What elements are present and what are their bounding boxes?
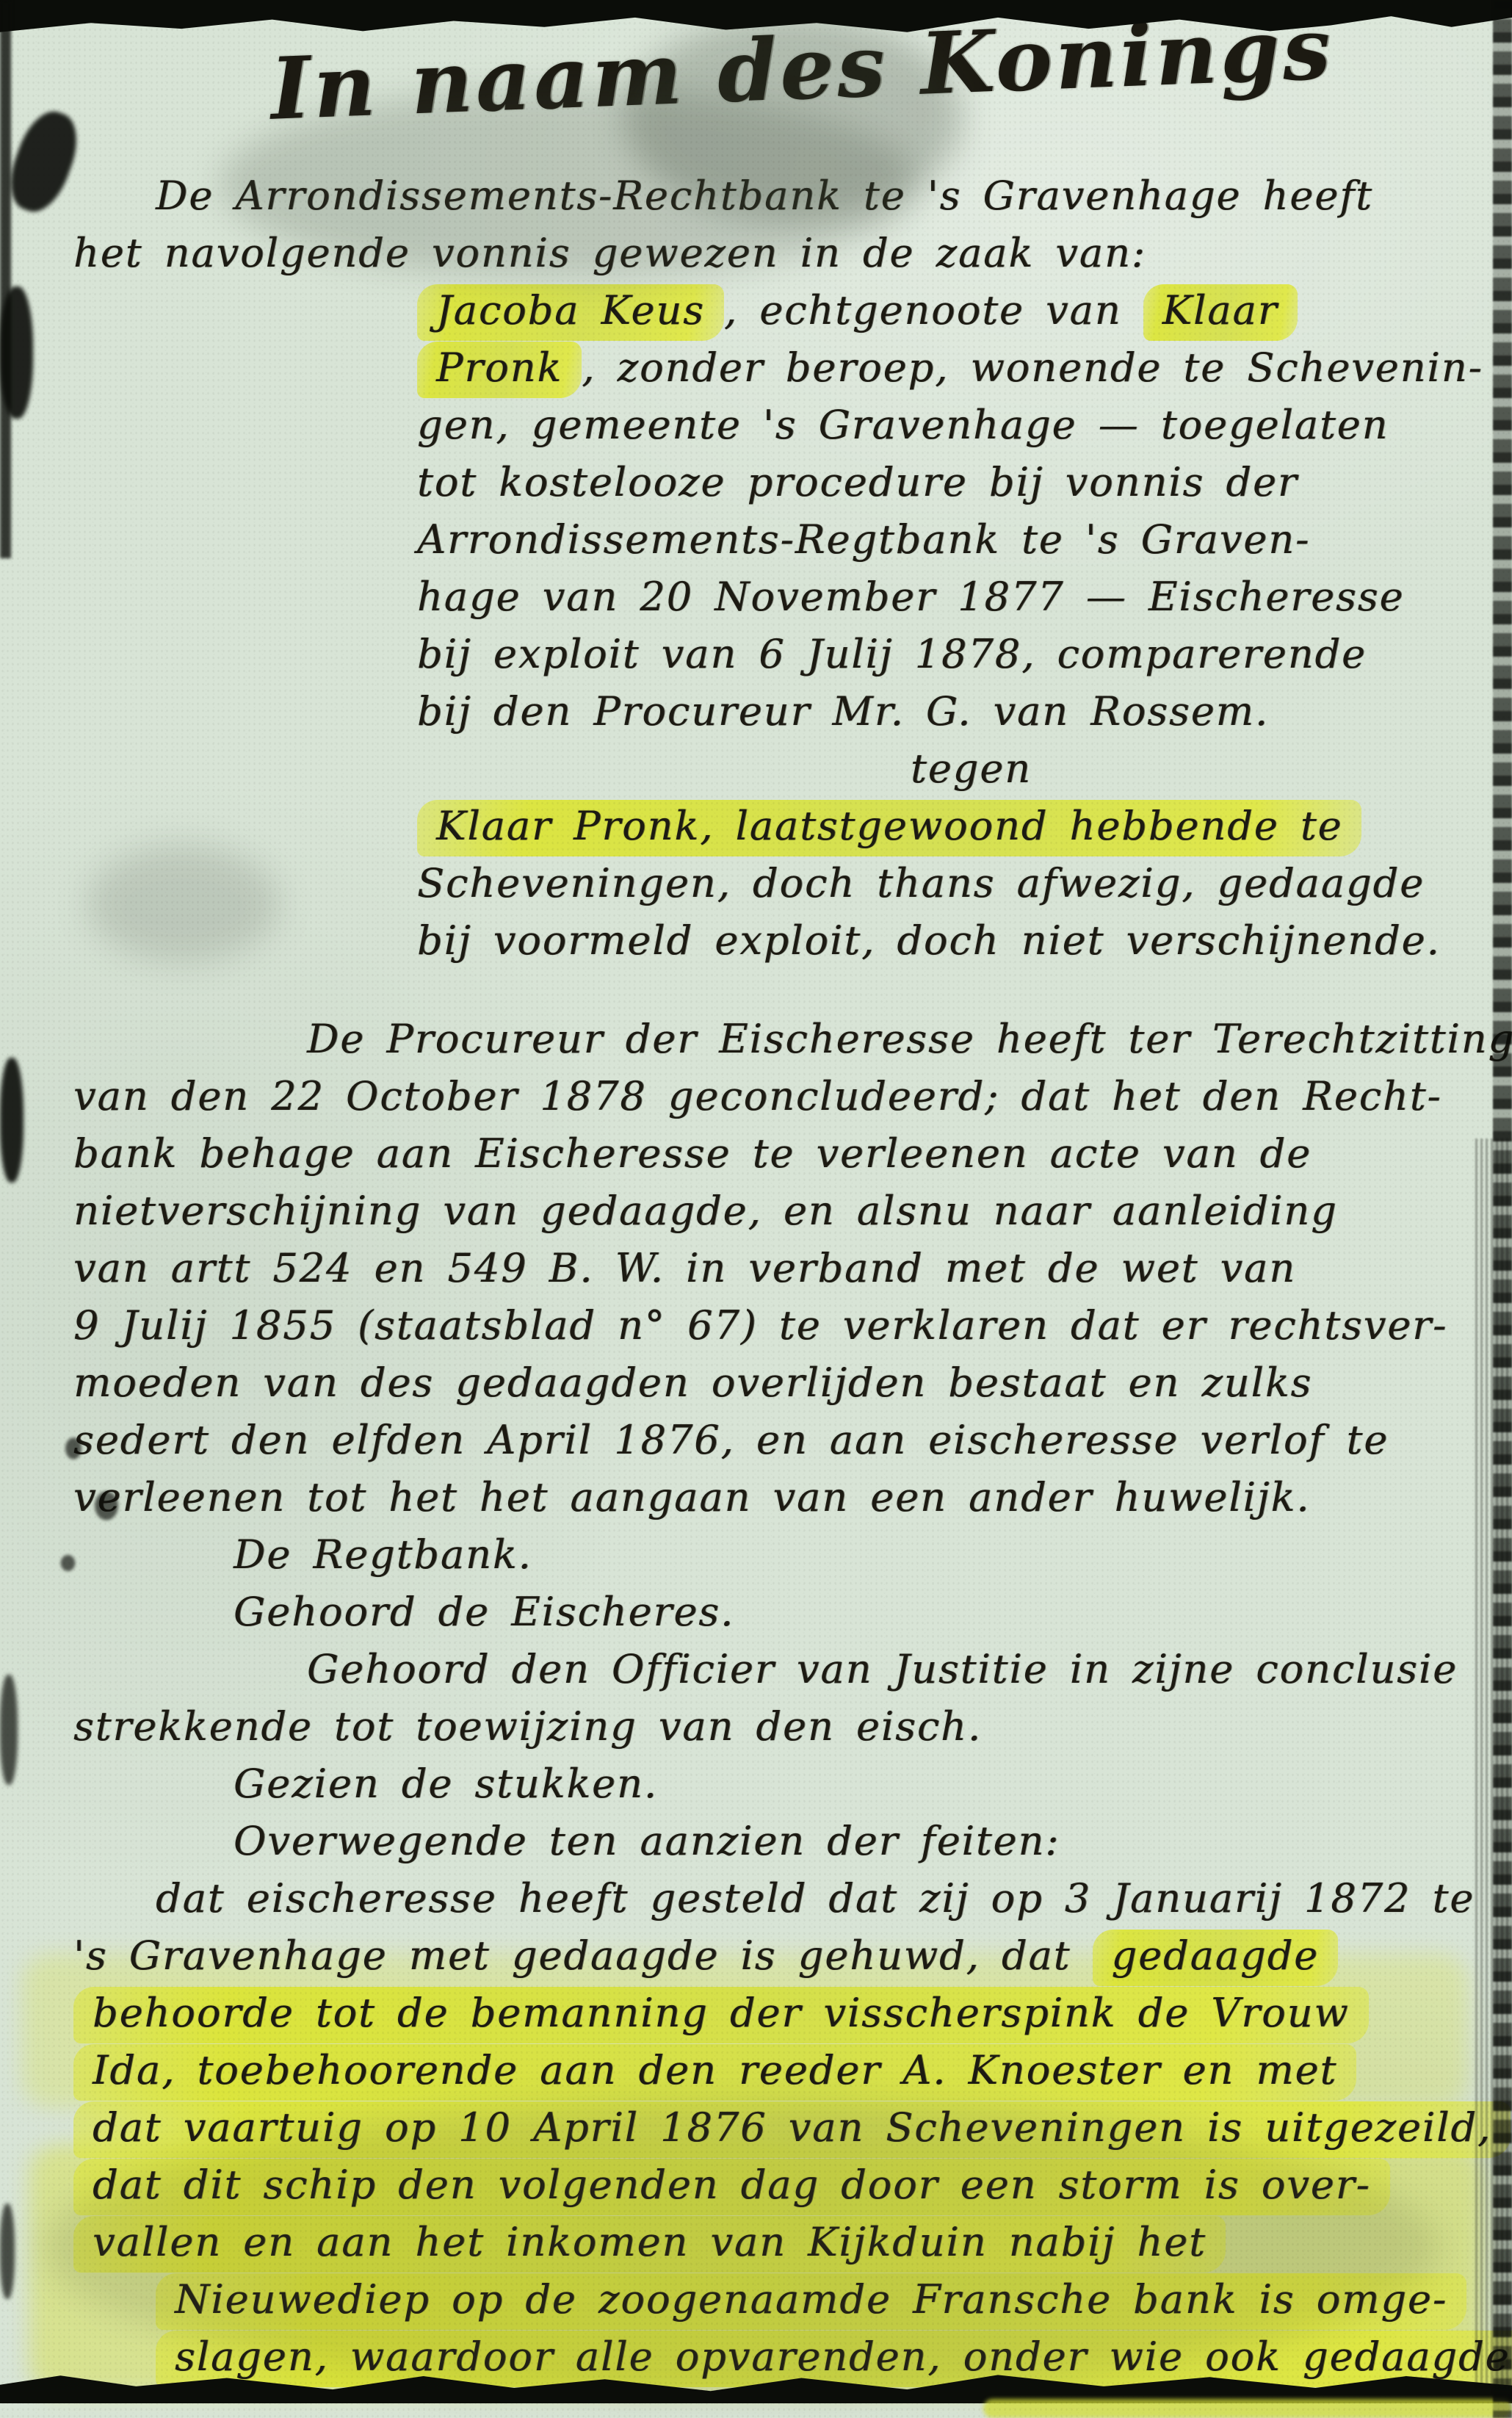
manuscript-line: vallen en aan het inkomen van Kijkduin n… xyxy=(73,2214,1469,2271)
manuscript-line: hage van 20 November 1877 — Eischeresse xyxy=(417,569,1469,626)
manuscript-line: bij exploit van 6 Julij 1878, compareren… xyxy=(417,626,1469,683)
manuscript-line: 9 Julij 1855 (staatsblad n° 67) te verkl… xyxy=(73,1297,1469,1354)
manuscript-line: behoorde tot de bemanning der visschersp… xyxy=(73,1985,1469,2042)
manuscript-line: Overwegende ten aanzien der feiten: xyxy=(234,1813,1469,1870)
text-run: bij voormeld exploit, doch niet verschij… xyxy=(417,917,1441,964)
manuscript-line: nietverschijning van gedaagde, en alsnu … xyxy=(73,1183,1469,1240)
manuscript-line: Nieuwediep op de zoogenaamde Fransche ba… xyxy=(156,2271,1469,2328)
text-run: De Regtbank. xyxy=(234,1531,532,1578)
text-run: Gehoord den Officier van Justitie in zij… xyxy=(307,1646,1458,1692)
text-run: Overwegende ten aanzien der feiten: xyxy=(234,1818,1060,1864)
text-run: tegen xyxy=(911,746,1032,792)
highlighted-text: slagen, waardoor alle opvarenden, onder … xyxy=(156,2331,1512,2387)
manuscript-line: strekkende tot toewijzing van den eisch. xyxy=(73,1698,1469,1755)
highlighted-text: Jacoba Keus xyxy=(417,284,724,341)
manuscript-line: 's Gravenhage met gedaagde is gehuwd, da… xyxy=(73,1927,1469,1985)
manuscript-line: moeden van des gedaagden overlijden best… xyxy=(73,1354,1469,1412)
manuscript-line: Arrondissements-Regtbank te 's Graven- xyxy=(417,511,1469,569)
text-run: Scheveningen, doch thans afwezig, gedaag… xyxy=(417,860,1425,906)
highlighted-text: dat dit schip den volgenden dag door een… xyxy=(73,2159,1390,2215)
scan-ink-blot xyxy=(0,286,33,419)
scan-ink-blot xyxy=(0,0,11,558)
text-run: moeden van des gedaagden overlijden best… xyxy=(73,1360,1312,1406)
manuscript-line: Gehoord den Officier van Justitie in zij… xyxy=(307,1641,1469,1698)
text-run: tot kostelooze procedure bij vonnis der xyxy=(417,459,1298,505)
manuscript-line: dat eischeresse heeft gesteld dat zij op… xyxy=(156,1870,1469,1927)
highlighted-text: Ida, toebehoorende aan den reeder A. Kno… xyxy=(73,2044,1356,2101)
text-run: bij den Procureur Mr. G. van Rossem. xyxy=(417,688,1269,735)
manuscript-line: Pronk, zonder beroep, wonende te Scheven… xyxy=(417,339,1469,397)
text-run: nietverschijning van gedaagde, en alsnu … xyxy=(73,1188,1338,1234)
highlighted-text: behoorde tot de bemanning der visschersp… xyxy=(73,1987,1369,2043)
manuscript-line: tegen xyxy=(911,740,1469,798)
manuscript-line: van den 22 October 1878 geconcludeerd; d… xyxy=(73,1068,1469,1125)
text-run: Gehoord de Eischeres. xyxy=(234,1589,734,1635)
manuscript-line: Scheveningen, doch thans afwezig, gedaag… xyxy=(417,855,1469,912)
scan-ink-blot xyxy=(40,1410,151,1601)
manuscript-line: sedert den elfden April 1876, en aan eis… xyxy=(73,1412,1469,1469)
manuscript-line: Gezien de stukken. xyxy=(234,1755,1469,1813)
manuscript-line: De Regtbank. xyxy=(234,1526,1469,1584)
text-run: , zonder beroep, wonende te Schevenin- xyxy=(582,344,1483,391)
scanned-document-page: { "colors": { "paper": "#d8e4d6", "ink":… xyxy=(0,0,1512,2418)
manuscript-line: slagen, waardoor alle opvarenden, onder … xyxy=(156,2328,1469,2386)
text-run: De Arrondissements-Rechtbank te 's Grave… xyxy=(156,173,1373,219)
text-run: het navolgende vonnis gewezen in de zaak… xyxy=(73,230,1146,276)
text-run: , echtgenoote van xyxy=(724,287,1143,333)
manuscript-line: verleenen tot het het aangaan van een an… xyxy=(73,1469,1469,1526)
manuscript-line: Jacoba Keus, echtgenoote van Klaar xyxy=(417,282,1469,339)
scan-ink-blot xyxy=(0,1058,23,1183)
text-run: dat eischeresse heeft gesteld dat zij op… xyxy=(156,1875,1475,1921)
manuscript-line: Ida, toebehoorende aan den reeder A. Kno… xyxy=(73,2042,1469,2099)
manuscript-lines: De Arrondissements-Rechtbank te 's Grave… xyxy=(73,167,1469,2386)
highlighted-text: vallen en aan het inkomen van Kijkduin n… xyxy=(73,2216,1226,2273)
highlighted-text: dat vaartuig op 10 April 1876 van Scheve… xyxy=(73,2101,1511,2158)
manuscript-line: De Arrondissements-Rechtbank te 's Grave… xyxy=(156,167,1469,225)
text-run: hage van 20 November 1877 — Eischeresse xyxy=(417,574,1404,620)
manuscript-line: van artt 524 en 549 B. W. in verband met… xyxy=(73,1240,1469,1297)
text-run: bank behage aan Eischeresse te verleenen… xyxy=(73,1130,1312,1177)
manuscript-line: bank behage aan Eischeresse te verleenen… xyxy=(73,1125,1469,1183)
text-run: De Procureur der Eischeresse heeft ter T… xyxy=(307,1016,1512,1062)
manuscript-line: bij den Procureur Mr. G. van Rossem. xyxy=(417,683,1469,740)
text-run: van den 22 October 1878 geconcludeerd; d… xyxy=(73,1073,1442,1119)
manuscript-line: De Procureur der Eischeresse heeft ter T… xyxy=(307,1011,1469,1068)
scan-right-streaks xyxy=(1475,1138,1512,2387)
manuscript-line: dat dit schip den volgenden dag door een… xyxy=(73,2157,1469,2214)
scan-ink-blot xyxy=(0,1675,18,1785)
manuscript-line: het navolgende vonnis gewezen in de zaak… xyxy=(73,225,1469,282)
highlighted-text: Pronk xyxy=(417,342,582,398)
text-run: 9 Julij 1855 (staatsblad n° 67) te verkl… xyxy=(73,1302,1447,1349)
manuscript-line: Gehoord de Eischeres. xyxy=(234,1584,1469,1641)
scan-ink-blot xyxy=(0,2204,15,2299)
manuscript-line: Klaar Pronk, laatstgewoond hebbende te xyxy=(417,798,1469,855)
highlighted-text: Nieuwediep op de zoogenaamde Fransche ba… xyxy=(156,2273,1466,2330)
text-run: strekkende tot toewijzing van den eisch. xyxy=(73,1703,982,1750)
highlighted-text: Klaar xyxy=(1143,284,1298,341)
manuscript-line: dat vaartuig op 10 April 1876 van Scheve… xyxy=(73,2099,1469,2157)
highlighted-text: gedaagde xyxy=(1093,1930,1339,1986)
text-run: van artt 524 en 549 B. W. in verband met… xyxy=(73,1245,1296,1291)
highlighted-text: Klaar Pronk, laatstgewoond hebbende te xyxy=(417,800,1361,856)
text-run: bij exploit van 6 Julij 1878, compareren… xyxy=(417,631,1367,677)
text-run: sedert den elfden April 1876, en aan eis… xyxy=(73,1417,1389,1463)
manuscript-line: tot kostelooze procedure bij vonnis der xyxy=(417,454,1469,511)
text-run: verleenen tot het het aangaan van een an… xyxy=(73,1474,1310,1520)
manuscript-line: bij voormeld exploit, doch niet verschij… xyxy=(417,912,1469,970)
text-run: Gezien de stukken. xyxy=(234,1761,658,1807)
text-run: Arrondissements-Regtbank te 's Graven- xyxy=(417,516,1310,563)
manuscript-line: gen, gemeente 's Gravenhage — toegelaten xyxy=(417,397,1469,454)
text-run: gen, gemeente 's Gravenhage — toegelaten xyxy=(417,402,1389,448)
text-run: 's Gravenhage met gedaagde is gehuwd, da… xyxy=(73,1932,1093,1979)
